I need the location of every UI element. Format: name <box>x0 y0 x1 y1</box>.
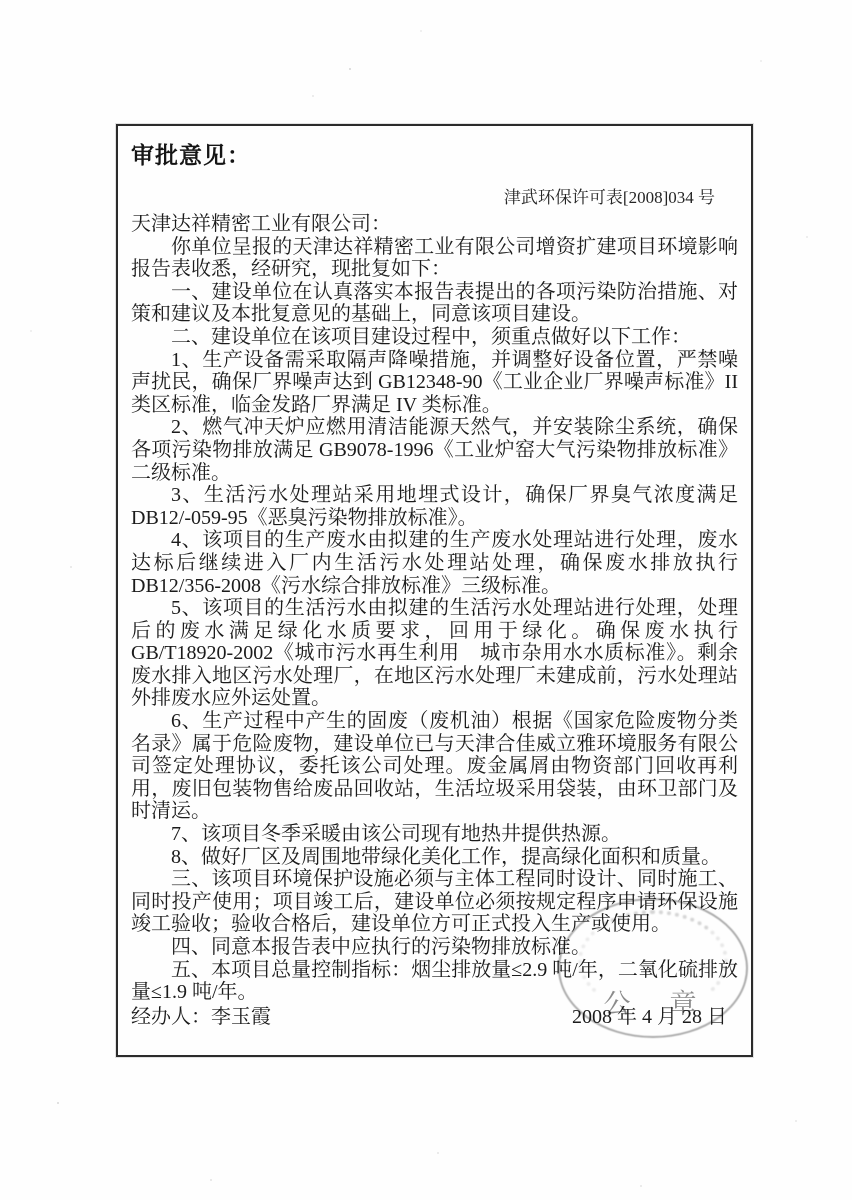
paragraph: 7、该项目冬季采暖由该公司现有地热井提供热源。 <box>131 823 738 846</box>
handler-label: 经办人： <box>131 1006 211 1028</box>
paragraph: 三、该项目环境保护设施必须与主体工程同时设计、同时施工、同时投产使用；项目竣工后… <box>131 868 738 936</box>
doc-number: 津武环保许可表[2008]034 号 <box>118 183 715 208</box>
paragraph: 四、同意本报告表中应执行的污染物排放标准。 <box>131 936 738 959</box>
paragraph: 五、本项目总量控制指标：烟尘排放量≤2.9 吨/年，二氧化硫排放量≤1.9 吨/… <box>131 959 738 1004</box>
paragraph: 你单位呈报的天津达祥精密工业有限公司增资扩建项目环境影响报告表收悉，经研究，现批… <box>131 236 738 281</box>
document-body: 你单位呈报的天津达祥精密工业有限公司增资扩建项目环境影响报告表收悉，经研究，现批… <box>131 236 738 1004</box>
paragraph: 3、生活污水处理站采用地埋式设计，确保厂界臭气浓度满足 DB12/-059-95… <box>131 484 738 529</box>
handler-line: 经办人：李玉霞 <box>131 1000 271 1029</box>
scan-page: 公 章 审批意见： 津武环保许可表[2008]034 号 天津达祥精密工业有限公… <box>0 0 852 1200</box>
scan-noise <box>0 0 2 2</box>
salutation: 天津达祥精密工业有限公司： <box>131 213 738 236</box>
paragraph: 8、做好厂区及周围地带绿化美化工作，提高绿化面积和质量。 <box>131 846 738 869</box>
footer-row: 经办人：李玉霞 2008 年 4 月 28 日 <box>131 1000 727 1029</box>
paragraph: 2、燃气冲天炉应燃用清洁能源天然气，并安装除尘系统，确保各项污染物排放满足 GB… <box>131 416 738 484</box>
paragraph: 二、建设单位在该项目建设过程中，须重点做好以下工作： <box>131 326 738 349</box>
handler-name: 李玉霞 <box>211 1006 271 1028</box>
document-sheet: 公 章 审批意见： 津武环保许可表[2008]034 号 天津达祥精密工业有限公… <box>116 124 753 1057</box>
paragraph: 1、生产设备需采取隔声降噪措施，并调整好设备位置，严禁噪声扰民，确保厂界噪声达到… <box>131 349 738 417</box>
paragraph: 6、生产过程中产生的固废（废机油）根据《国家危险废物分类名录》属于危险废物，建设… <box>131 710 738 823</box>
paragraph: 一、建设单位在认真落实本报告表提出的各项污染防治措施、对策和建议及本批复意见的基… <box>131 281 738 326</box>
issue-date: 2008 年 4 月 28 日 <box>572 1000 727 1029</box>
paragraph: 5、该项目的生活污水由拟建的生活污水处理站进行处理，处理后的废水满足绿化水质要求… <box>131 597 738 710</box>
paragraph: 4、该项目的生产废水由拟建的生产废水处理站进行处理，废水达标后继续进入厂内生活污… <box>131 529 738 597</box>
page-title: 审批意见： <box>131 137 751 170</box>
